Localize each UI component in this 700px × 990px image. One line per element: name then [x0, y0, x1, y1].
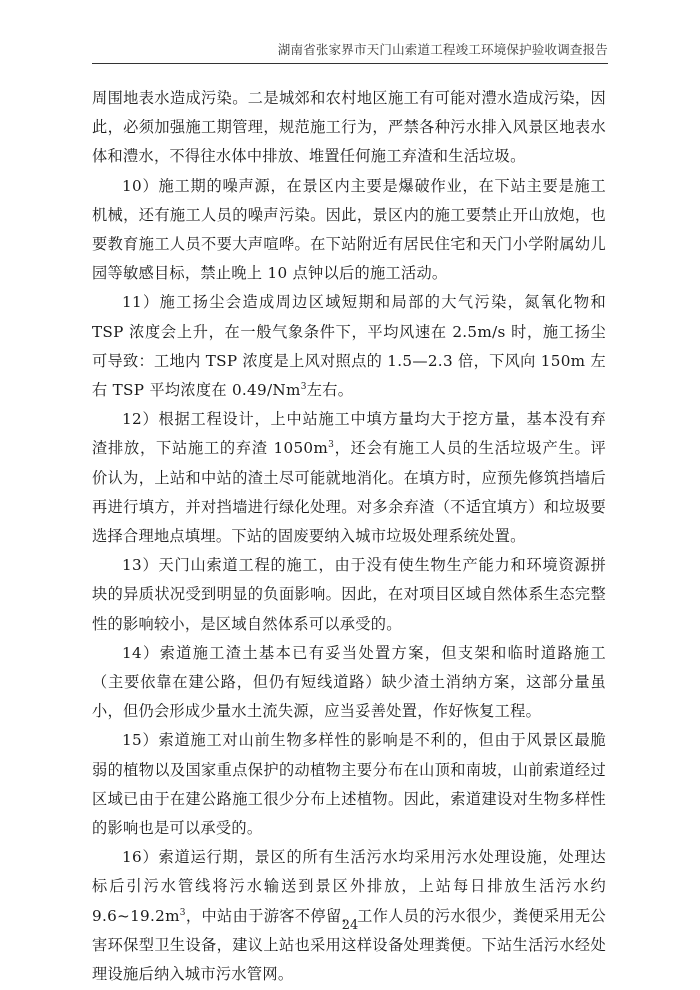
running-header: 湖南省张家界市天门山索道工程竣工环境保护验收调查报告 [92, 40, 608, 62]
paragraph-continuation: 周围地表水造成污染。二是城郊和农村地区施工有可能对澧水造成污染，因此，必须加强施… [92, 84, 606, 172]
paragraph-item-11: 11）施工扬尘会造成周边区域短期和局部的大气污染，氮氧化物和 TSP 浓度会上升… [92, 288, 606, 405]
page-number: 24 [0, 918, 700, 933]
paragraph-text: 10）施工期的噪声源，在景区内主要是爆破作业，在下站主要是施工机械，还有施工人员… [92, 177, 606, 283]
paragraph-text: 14）索道施工渣土基本已有妥当处置方案，但支架和临时道路施工（主要依靠在建公路，… [92, 644, 606, 720]
paragraph-text: 13）天门山索道工程的施工，由于没有使生物生产能力和环境资源拼块的异质状况受到明… [92, 556, 606, 632]
body-text: 周围地表水造成污染。二是城郊和农村地区施工有可能对澧水造成污染，因此，必须加强施… [92, 84, 606, 989]
paragraph-text: 15）索道施工对山前生物多样性的影响是不利的，但由于风景区最脆弱的植物以及国家重… [92, 731, 606, 837]
paragraph-item-10: 10）施工期的噪声源，在景区内主要是爆破作业，在下站主要是施工机械，还有施工人员… [92, 172, 606, 289]
paragraph-item-13: 13）天门山索道工程的施工，由于没有使生物生产能力和环境资源拼块的异质状况受到明… [92, 551, 606, 639]
header-rule [92, 63, 608, 64]
paragraph-item-15: 15）索道施工对山前生物多样性的影响是不利的，但由于风景区最脆弱的植物以及国家重… [92, 726, 606, 843]
paragraph-text: 周围地表水造成污染。二是城郊和农村地区施工有可能对澧水造成污染，因此，必须加强施… [92, 89, 606, 165]
paragraph-item-12: 12）根据工程设计，上中站施工中填方量均大于挖方量，基本没有弃渣排放，下站施工的… [92, 405, 606, 551]
paragraph-text: 左右。 [307, 381, 353, 399]
paragraph-item-16: 16）索道运行期，景区的所有生活污水均采用污水处理设施，处理达标后引污水管线将污… [92, 843, 606, 989]
paragraph-item-14: 14）索道施工渣土基本已有妥当处置方案，但支架和临时道路施工（主要依靠在建公路，… [92, 639, 606, 727]
